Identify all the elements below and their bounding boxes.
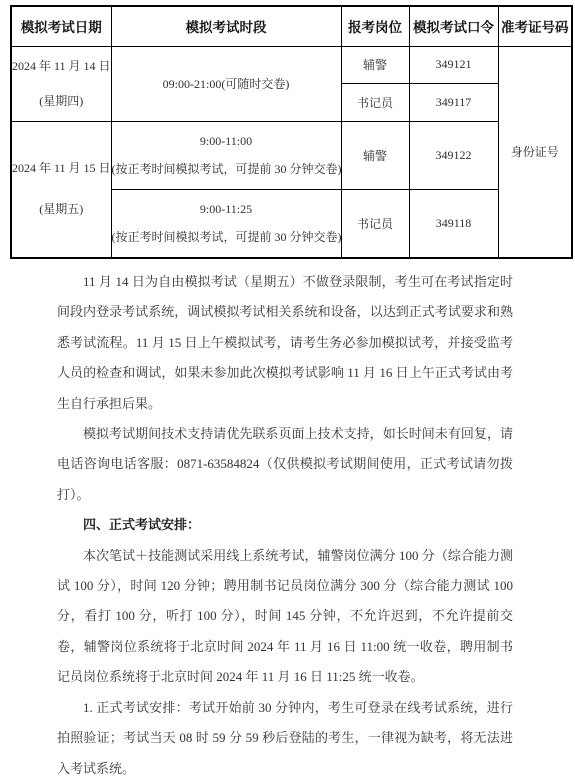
table-row-day1-police: 2024 年 11 月 14 日 (星期四) 09:00-21:00(可随时交卷… bbox=[11, 46, 572, 83]
mock-exam-schedule-section: 模拟考试日期 模拟考试时段 报考岗位 模拟考试口令 准考证号码 2024 年 1… bbox=[10, 5, 575, 259]
col-header-position: 报考岗位 bbox=[341, 6, 409, 46]
paragraph-formal-exam-login: 1. 正式考试安排：考试开始前 30 分钟内，考生可登录在线考试系统，进行拍照验… bbox=[57, 693, 513, 780]
exam-code-cell: 349117 bbox=[409, 83, 498, 121]
table-row-day2-police: 2024 年 11 月 15 日 (星期五) 9:00-11:00 (按正考时间… bbox=[11, 121, 572, 189]
date-line: 2024 年 11 月 15 日 bbox=[12, 148, 111, 189]
announcement-body: 11 月 14 日为自由模拟考试（星期五）不做登录限制，考生可在考试指定时间段内… bbox=[57, 267, 513, 780]
exam-code-cell: 349122 bbox=[409, 121, 498, 189]
position-cell: 辅警 bbox=[341, 121, 409, 189]
paragraph-tech-support: 模拟考试期间技术支持请优先联系页面上技术支持，如长时间未有回复，请电话咨询电话客… bbox=[57, 419, 513, 510]
time-note-line: (按正考时间模拟考试，可提前 30 分钟交卷) bbox=[112, 223, 341, 251]
time-cell-day2-clerk: 9:00-11:25 (按正考时间模拟考试，可提前 30 分钟交卷) bbox=[111, 189, 341, 258]
mock-exam-schedule-table: 模拟考试日期 模拟考试时段 报考岗位 模拟考试口令 准考证号码 2024 年 1… bbox=[10, 5, 573, 259]
position-cell: 辅警 bbox=[341, 46, 409, 83]
col-header-mock-exam-time: 模拟考试时段 bbox=[111, 6, 341, 46]
time-cell-day2-police: 9:00-11:00 (按正考时间模拟考试，可提前 30 分钟交卷) bbox=[111, 121, 341, 189]
weekday-line: (星期五) bbox=[12, 189, 111, 230]
date-cell-day2: 2024 年 11 月 15 日 (星期五) bbox=[11, 121, 111, 258]
exam-code-cell: 349118 bbox=[409, 189, 498, 258]
col-header-mock-exam-code: 模拟考试口令 bbox=[409, 6, 498, 46]
time-range-line: 9:00-11:00 bbox=[112, 127, 341, 155]
position-cell: 书记员 bbox=[341, 83, 409, 121]
paragraph-formal-exam-details: 本次笔试＋技能测试采用线上系统考试，辅警岗位满分 100 分（综合能力测试 10… bbox=[57, 541, 513, 693]
date-cell-day1: 2024 年 11 月 14 日 (星期四) bbox=[11, 46, 111, 121]
weekday-line: (星期四) bbox=[12, 84, 111, 119]
date-line: 2024 年 11 月 14 日 bbox=[12, 49, 111, 84]
section-heading-formal-exam: 四、正式考试安排： bbox=[57, 510, 513, 540]
time-note-line: (按正考时间模拟考试，可提前 30 分钟交卷) bbox=[112, 155, 341, 183]
col-header-admission-number: 准考证号码 bbox=[498, 6, 572, 46]
admission-id-cell: 身份证号 bbox=[498, 46, 572, 258]
position-cell: 书记员 bbox=[341, 189, 409, 258]
time-cell-day1: 09:00-21:00(可随时交卷) bbox=[111, 46, 341, 121]
table-header-row: 模拟考试日期 模拟考试时段 报考岗位 模拟考试口令 准考证号码 bbox=[11, 6, 572, 46]
exam-code-cell: 349121 bbox=[409, 46, 498, 83]
time-range-line: 9:00-11:25 bbox=[112, 195, 341, 223]
col-header-mock-exam-date: 模拟考试日期 bbox=[11, 6, 111, 46]
paragraph-mock-exam-rules: 11 月 14 日为自由模拟考试（星期五）不做登录限制，考生可在考试指定时间段内… bbox=[57, 267, 513, 419]
